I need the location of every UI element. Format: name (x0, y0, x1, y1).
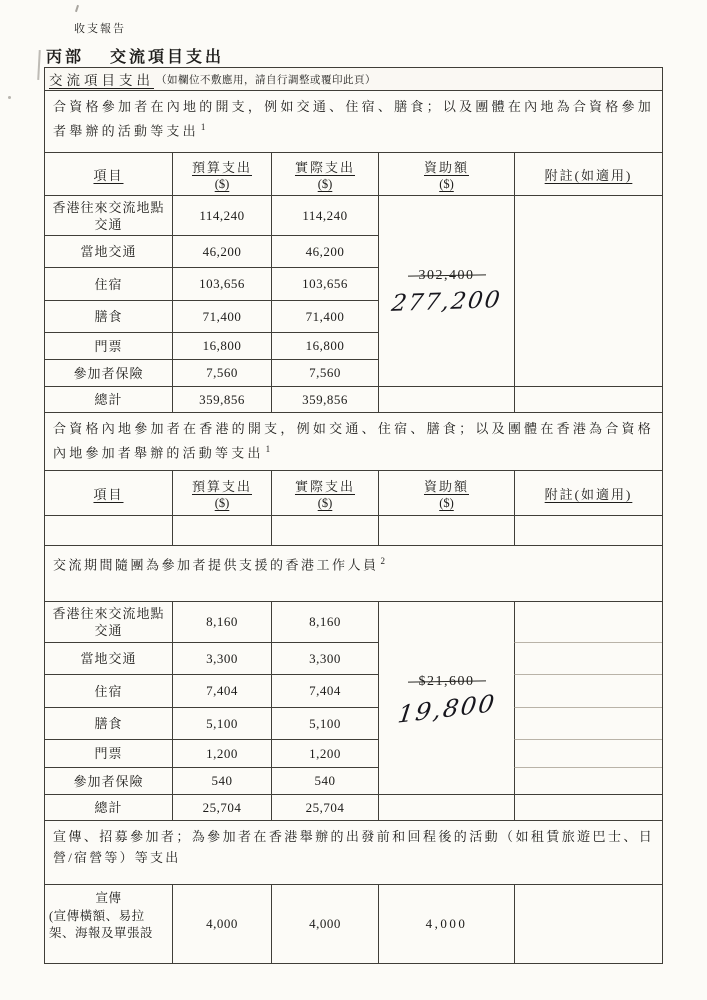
expense-table-promotion: 宣傳 (宣傳橫額、易拉 架、海報及單張設 4,000 4,000 4,000 (45, 884, 662, 963)
form-title: 交流項目支出 (49, 69, 154, 89)
cell-actual: 4,000 (271, 885, 378, 963)
header-label: 資助額 (424, 157, 469, 176)
header-label: 實際支出 (295, 476, 355, 495)
handwritten-amount: 19,800 (396, 689, 498, 728)
cell-item: 住宿 (45, 267, 172, 300)
cell-note (514, 674, 662, 707)
cell-empty (378, 515, 514, 545)
cell-item: 門票 (45, 332, 172, 359)
section4-description: 宣傳、招募參加者；為參加者在香港舉辦的出發前和回程後的活動（如租賃旅遊巴士、日營… (45, 820, 662, 884)
cell-item: 門票 (45, 739, 172, 767)
cell-actual: 16,800 (271, 332, 378, 359)
cell-budget: 46,200 (172, 235, 271, 267)
cell-actual: 7,404 (271, 674, 378, 707)
struck-amount: 302,400 (419, 268, 475, 284)
cell-item-total: 總計 (45, 386, 172, 412)
cell-actual: 46,200 (271, 235, 378, 267)
cell-actual: 3,300 (271, 642, 378, 674)
cell-actual-total: 25,704 (271, 794, 378, 820)
cell-budget-total: 25,704 (172, 794, 271, 820)
cell-budget: 103,656 (172, 267, 271, 300)
cell-budget: 3,300 (172, 642, 271, 674)
scan-artifact (37, 50, 41, 80)
col-header-note: 附註(如適用) (514, 153, 662, 195)
cell-empty (271, 515, 378, 545)
cell-budget: 114,240 (172, 195, 271, 235)
cell-note (514, 885, 662, 963)
cell-actual: 71,400 (271, 300, 378, 332)
cell-actual-total: 359,856 (271, 386, 378, 412)
section3-description: 交流期間隨團為參加者提供支援的香港工作人員2 (45, 545, 662, 601)
header-label: 項目 (93, 165, 123, 184)
cell-note-empty (514, 386, 662, 412)
item-line: 架、海報及單張設 (49, 925, 168, 943)
cell-budget: 71,400 (172, 300, 271, 332)
footnote-marker-1: 1 (201, 122, 206, 132)
form-title-row: 交流項目支出 （如欄位不敷應用，請自行調整或覆印此頁） (45, 68, 662, 90)
cell-note-empty (514, 794, 662, 820)
part-number: 丙部 (46, 49, 84, 66)
cell-actual: 5,100 (271, 707, 378, 739)
doc-label: 收支報告 (74, 20, 126, 36)
cell-budget: 4,000 (172, 885, 271, 963)
cell-actual: 540 (271, 767, 378, 794)
col-header-item: 項目 (45, 471, 172, 515)
col-header-budget: 預算支出($) (172, 471, 271, 515)
cell-note-merged (514, 195, 662, 386)
cell-item: 當地交通 (45, 642, 172, 674)
header-label: 預算支出 (192, 157, 252, 176)
col-header-actual: 實際支出($) (271, 471, 378, 515)
struck-amount: $21,600 (419, 674, 475, 690)
expense-table-staff: 香港往來交流地點交通 8,160 8,160 $21,600 19,800 當地… (45, 601, 662, 820)
header-dollar: ($) (439, 496, 454, 511)
cell-budget: 540 (172, 767, 271, 794)
header-label: 資助額 (424, 476, 469, 495)
cell-actual: 103,656 (271, 267, 378, 300)
cell-subsidy-merged: $21,600 19,800 (378, 602, 514, 794)
cell-budget: 7,404 (172, 674, 271, 707)
cell-note (514, 767, 662, 794)
cell-item: 參加者保險 (45, 359, 172, 386)
scan-artifact (75, 5, 79, 12)
cell-item: 參加者保險 (45, 767, 172, 794)
part-heading: 丙部交流項目支出 (46, 44, 224, 67)
cell-subsidy-merged: 302,400 277,200 (378, 195, 514, 386)
cell-actual: 7,560 (271, 359, 378, 386)
form-title-note: （如欄位不敷應用，請自行調整或覆印此頁） (156, 72, 376, 87)
cell-empty (514, 515, 662, 545)
cell-budget-total: 359,856 (172, 386, 271, 412)
col-header-subsidy: 資助額($) (378, 471, 514, 515)
footnote-marker-1: 1 (266, 444, 271, 454)
expense-table-mainland: 項目 預算支出($) 實際支出($) 資助額($) 附註(如適用) 香港往來交流… (45, 152, 662, 412)
cell-note (514, 602, 662, 642)
scan-artifact (8, 96, 11, 99)
col-header-item: 項目 (45, 153, 172, 195)
handwritten-amount: 277,200 (390, 287, 503, 317)
header-dollar: ($) (318, 496, 333, 511)
section4-desc-text: 宣傳、招募參加者；為參加者在香港舉辦的出發前和回程後的活動（如租賃旅遊巴士、日營… (53, 829, 654, 865)
cell-actual: 1,200 (271, 739, 378, 767)
cell-budget: 8,160 (172, 602, 271, 642)
cell-item: 當地交通 (45, 235, 172, 267)
part-title: 交流項目支出 (110, 49, 224, 66)
cell-item: 香港往來交流地點交通 (45, 602, 172, 642)
cell-subsidy: 4,000 (378, 885, 514, 963)
cell-note (514, 707, 662, 739)
cell-subsidy-empty (378, 386, 514, 412)
section3-desc-text: 交流期間隨團為參加者提供支援的香港工作人員 (53, 557, 379, 572)
section1-desc-text: 合資格參加者在內地的開支，例如交通、住宿、膳食；以及團體在內地為合資格參加者舉辦… (53, 99, 654, 138)
header-label: 附註(如適用) (545, 484, 633, 503)
section1-description: 合資格參加者在內地的開支，例如交通、住宿、膳食；以及團體在內地為合資格參加者舉辦… (45, 90, 662, 152)
header-dollar: ($) (439, 177, 454, 192)
cell-budget: 16,800 (172, 332, 271, 359)
col-header-budget: 預算支出($) (172, 153, 271, 195)
cell-subsidy-empty (378, 794, 514, 820)
section2-description: 合資格內地參加者在香港的開支，例如交通、住宿、膳食；以及團體在香港為合資格內地參… (45, 412, 662, 470)
header-label: 實際支出 (295, 157, 355, 176)
col-header-subsidy: 資助額($) (378, 153, 514, 195)
scanned-report-page: 收支報告 丙部交流項目支出 交流項目支出 （如欄位不敷應用，請自行調整或覆印此頁… (0, 0, 707, 1000)
cell-note (514, 642, 662, 674)
header-label: 項目 (93, 484, 123, 503)
cell-item-total: 總計 (45, 794, 172, 820)
section2-desc-text: 合資格內地參加者在香港的開支，例如交通、住宿、膳食；以及團體在香港為合資格內地參… (53, 421, 654, 460)
cell-budget: 1,200 (172, 739, 271, 767)
cell-item: 膳食 (45, 300, 172, 332)
expense-table-hongkong-header: 項目 預算支出($) 實際支出($) 資助額($) 附註(如適用) (45, 470, 662, 545)
header-dollar: ($) (215, 177, 230, 192)
col-header-note: 附註(如適用) (514, 471, 662, 515)
footnote-marker-2: 2 (381, 556, 386, 566)
header-dollar: ($) (318, 177, 333, 192)
item-line: 宣傳 (49, 890, 168, 908)
cell-empty (172, 515, 271, 545)
item-line: (宣傳橫額、易拉 (49, 908, 168, 926)
cell-actual: 8,160 (271, 602, 378, 642)
header-dollar: ($) (215, 496, 230, 511)
col-header-actual: 實際支出($) (271, 153, 378, 195)
cell-empty (45, 515, 172, 545)
cell-budget: 7,560 (172, 359, 271, 386)
cell-item: 膳食 (45, 707, 172, 739)
cell-note (514, 739, 662, 767)
cell-actual: 114,240 (271, 195, 378, 235)
header-label: 附註(如適用) (545, 165, 633, 184)
form-frame: 交流項目支出 （如欄位不敷應用，請自行調整或覆印此頁） 合資格參加者在內地的開支… (44, 67, 663, 964)
cell-item: 宣傳 (宣傳橫額、易拉 架、海報及單張設 (45, 885, 172, 963)
cell-item: 住宿 (45, 674, 172, 707)
cell-budget: 5,100 (172, 707, 271, 739)
cell-item: 香港往來交流地點交通 (45, 195, 172, 235)
header-label: 預算支出 (192, 476, 252, 495)
